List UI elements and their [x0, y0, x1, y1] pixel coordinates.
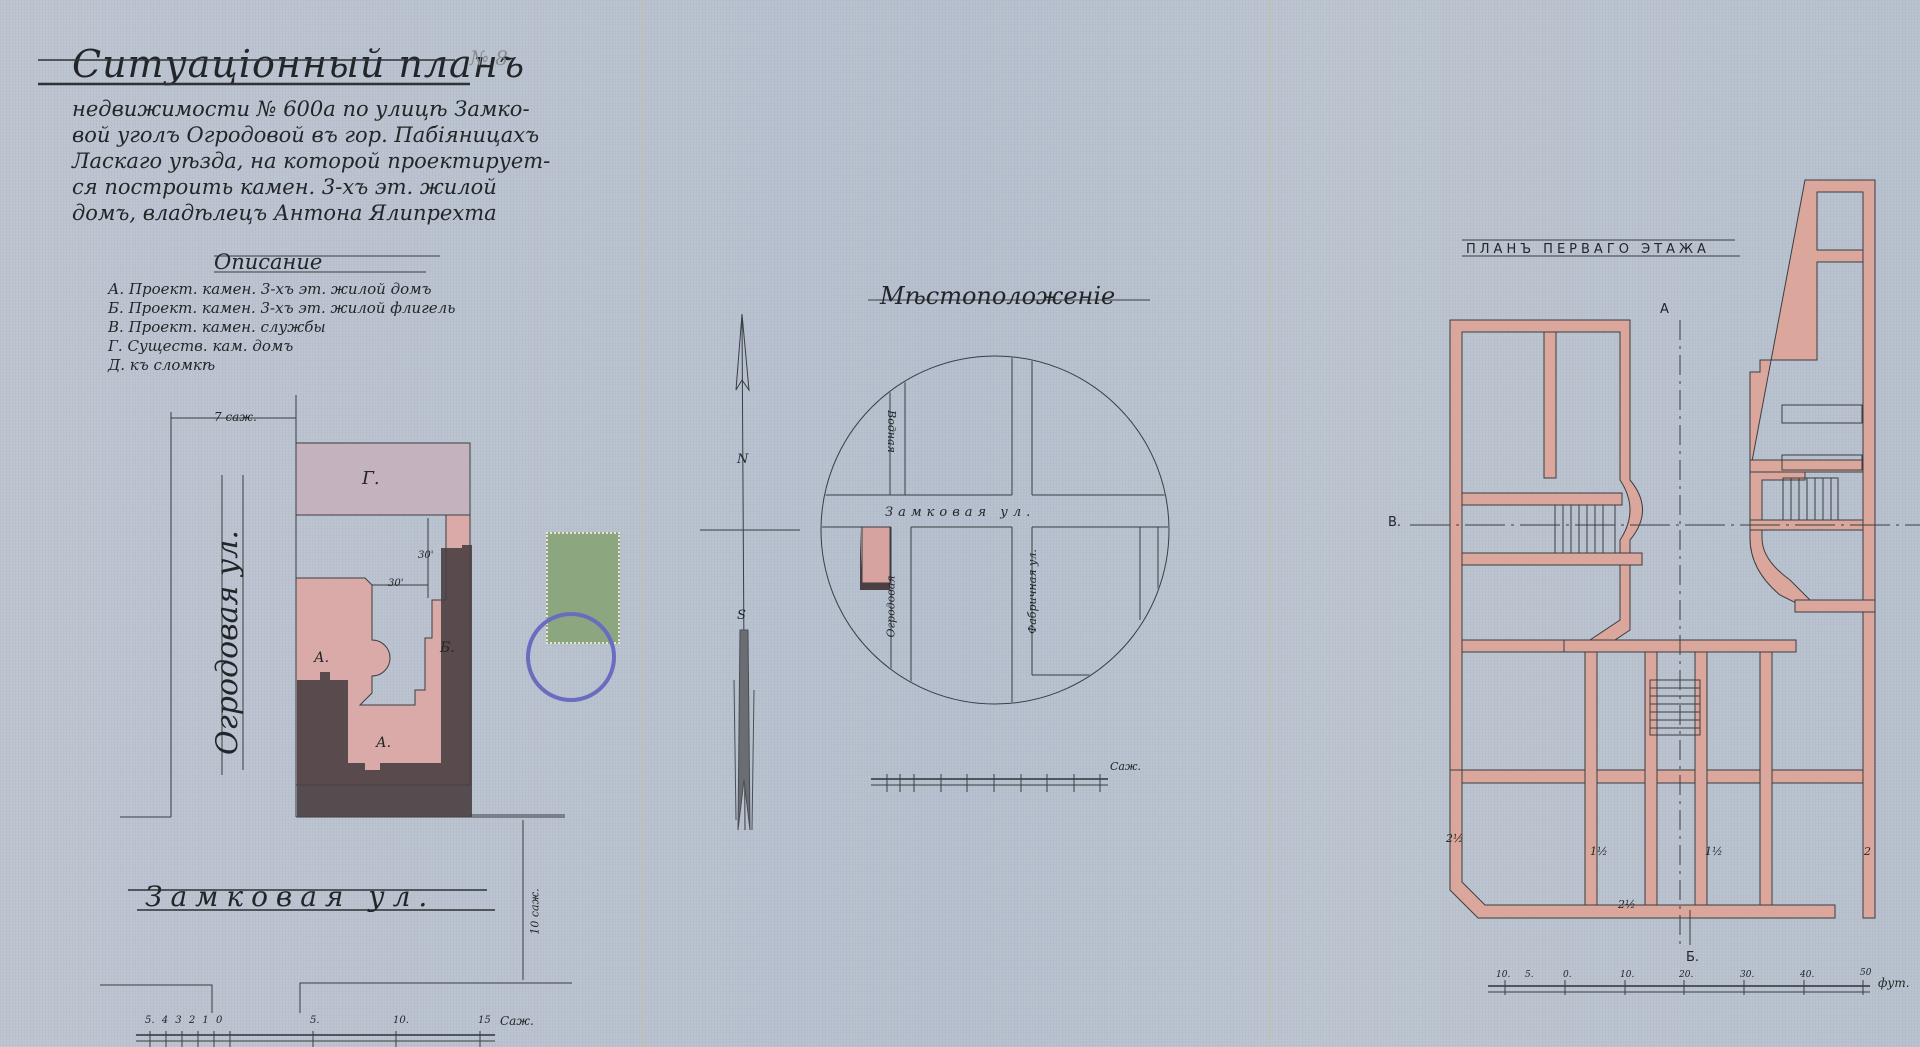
description-line: вой уголъ Огродовой въ гор. Пабіяницахъ	[72, 122, 539, 148]
description-line: Ласкаго уѣзда, на которой проектирует-	[72, 148, 550, 174]
scale-tick: 10.	[1496, 970, 1510, 980]
wall-thickness-label: 2½	[1618, 898, 1636, 911]
section-mark-b: Б.	[1686, 950, 1699, 965]
scale-tick: 20.	[1679, 970, 1693, 980]
scale-tick: 30.	[1740, 970, 1754, 980]
legend-item: Г. Существ. кам. домъ	[108, 337, 293, 356]
map-street-ogrodowa: Огродовая	[885, 575, 898, 637]
legend-item: В. Проект. камен. службы	[108, 318, 326, 337]
legend-item: А. Проект. камен. 3-хъ эт. жилой домъ	[108, 280, 432, 299]
site-scale-ticks: 5. 4 3 2 1 0	[145, 1015, 222, 1026]
scale-tick: 40.	[1800, 970, 1814, 980]
north-label: N	[737, 452, 748, 467]
wall-thickness-label: 2½	[1446, 832, 1464, 845]
inner-dim-h: 30'	[388, 578, 403, 589]
location-map-title: Мѣстоположеніе	[880, 282, 1115, 310]
official-seal-icon	[526, 612, 616, 702]
description-line: недвижимости № 600а по улицѣ Замко-	[72, 96, 530, 122]
scale-tick: 50	[1860, 968, 1871, 978]
north-arrow-icon	[700, 314, 800, 830]
scale-tick: 10.	[393, 1015, 409, 1026]
map-street-fabryczna: Фабричная ул.	[1026, 549, 1039, 634]
inner-dim-v: 30'	[418, 550, 433, 561]
legend-item: Б. Проект. камен. 3-хъ эт. жилой флигель	[108, 299, 455, 318]
map-scale-unit: Саж.	[1110, 760, 1141, 773]
site-plan	[100, 395, 572, 1047]
description-line: домъ, владѣлецъ Антона Ялипрехта	[72, 200, 497, 226]
scale-tick: 0.	[1563, 970, 1572, 980]
wall-thickness-label: 1½	[1590, 845, 1608, 858]
building-label-a: А.	[376, 735, 391, 751]
scale-tick: 5.	[1525, 970, 1534, 980]
building-label-b: Б.	[440, 640, 455, 656]
scale-tick: 10.	[1620, 970, 1634, 980]
scale-tick: 15	[478, 1015, 491, 1026]
building-label-g: Г.	[362, 468, 380, 489]
scale-unit: Саж.	[500, 1014, 534, 1028]
drawing-sheet: Ситуаціонный планъ	[0, 0, 1920, 1047]
section-mark-a: А	[1660, 302, 1669, 317]
wall-thickness-label: 1½	[1705, 845, 1723, 858]
south-label: S	[737, 608, 746, 623]
depth-dim: 10 саж.	[529, 888, 542, 934]
section-mark-v: В.	[1388, 515, 1401, 530]
map-street-wodna: Водная	[885, 410, 898, 453]
location-map	[810, 300, 1170, 792]
building-label-a: А.	[314, 650, 329, 666]
scale-unit: фут.	[1878, 976, 1910, 990]
legend-item: Д. къ сломкѣ	[108, 356, 215, 375]
map-street-zamkowa: Замковая ул.	[885, 505, 1035, 520]
floor-plan-title: ПЛАНЪ ПЕРВАГО ЭТАЖА	[1466, 242, 1710, 257]
sheet-number: № 8	[470, 46, 508, 70]
wall-thickness-label: 2	[1864, 845, 1871, 858]
legend-heading: Описание	[214, 250, 322, 274]
street-label-ogrodowa: Огродовая ул.	[210, 530, 245, 755]
street-label-zamkowa: Замковая ул.	[145, 880, 435, 913]
scale-tick: 5.	[310, 1015, 320, 1026]
lot-width-dim: 7 саж.	[214, 410, 257, 424]
description-line: ся построить камен. 3-хъ эт. жилой	[72, 174, 497, 200]
